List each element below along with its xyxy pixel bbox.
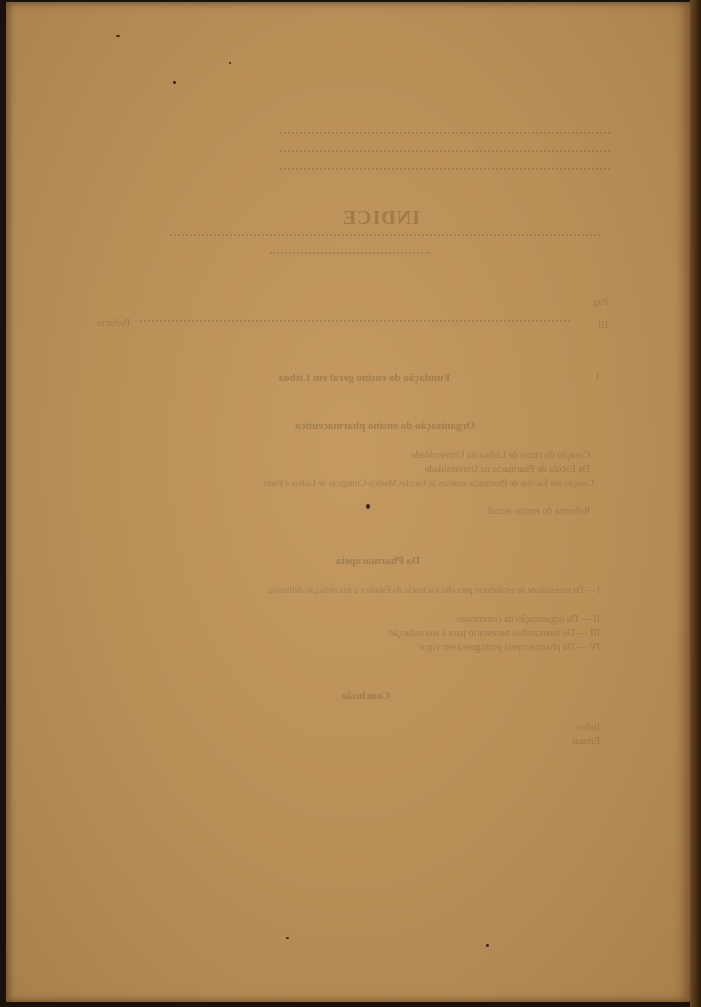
- toc-entry: II — Da organização da commissão: [457, 614, 600, 625]
- paper-speck: [229, 62, 231, 64]
- back-matter-entry: Indice: [575, 722, 600, 733]
- paper-speck: [286, 937, 289, 939]
- toc-entry: Creação do curso de Lisboa na Universida…: [411, 450, 590, 461]
- preface-label: Prefacio: [97, 318, 130, 329]
- back-matter-entry: Erratas: [572, 736, 600, 747]
- paper-speck: [366, 504, 370, 509]
- intro-line: [280, 132, 610, 142]
- section-heading: Da Pharmacopeia: [336, 555, 420, 567]
- paper-speck: [486, 944, 489, 947]
- section-heading: Conclusão: [341, 690, 390, 702]
- document-page: INDICE Pag. III Prefacio Fundação do ens…: [6, 2, 690, 1002]
- preface-page: III: [598, 320, 608, 331]
- preface-line: [140, 320, 570, 322]
- intro-line: [280, 150, 610, 160]
- toc-entry: Da Escola de Pharmacia na Universidade: [425, 464, 590, 475]
- intro-line: [170, 234, 600, 236]
- section-heading: Fundação do ensino geral em Lisboa: [279, 372, 450, 384]
- intro-line: [270, 252, 430, 254]
- toc-entry: IV — Da pharmacopeia portugueza em vigor: [419, 642, 600, 653]
- index-title: INDICE: [342, 207, 420, 230]
- toc-entry: I — Da necessidade de estabelecer para e…: [269, 585, 600, 595]
- section-heading: Organização do ensino pharmaceutico: [295, 420, 475, 432]
- section-page: 1: [595, 372, 600, 383]
- intro-line: [280, 168, 610, 178]
- book-spine-edge: [690, 0, 701, 1007]
- toc-entry: Reforma do ensino actual: [488, 506, 590, 517]
- page-label: Pag.: [591, 297, 609, 308]
- toc-entry: Creação das Escolas de Pharmacia annexas…: [263, 478, 594, 488]
- mirrored-show-through-text: INDICE Pag. III Prefacio Fundação do ens…: [6, 2, 690, 1002]
- paper-speck: [116, 35, 120, 37]
- paper-speck: [173, 81, 176, 84]
- toc-entry: III — Do intercambio necessario para a s…: [388, 628, 600, 639]
